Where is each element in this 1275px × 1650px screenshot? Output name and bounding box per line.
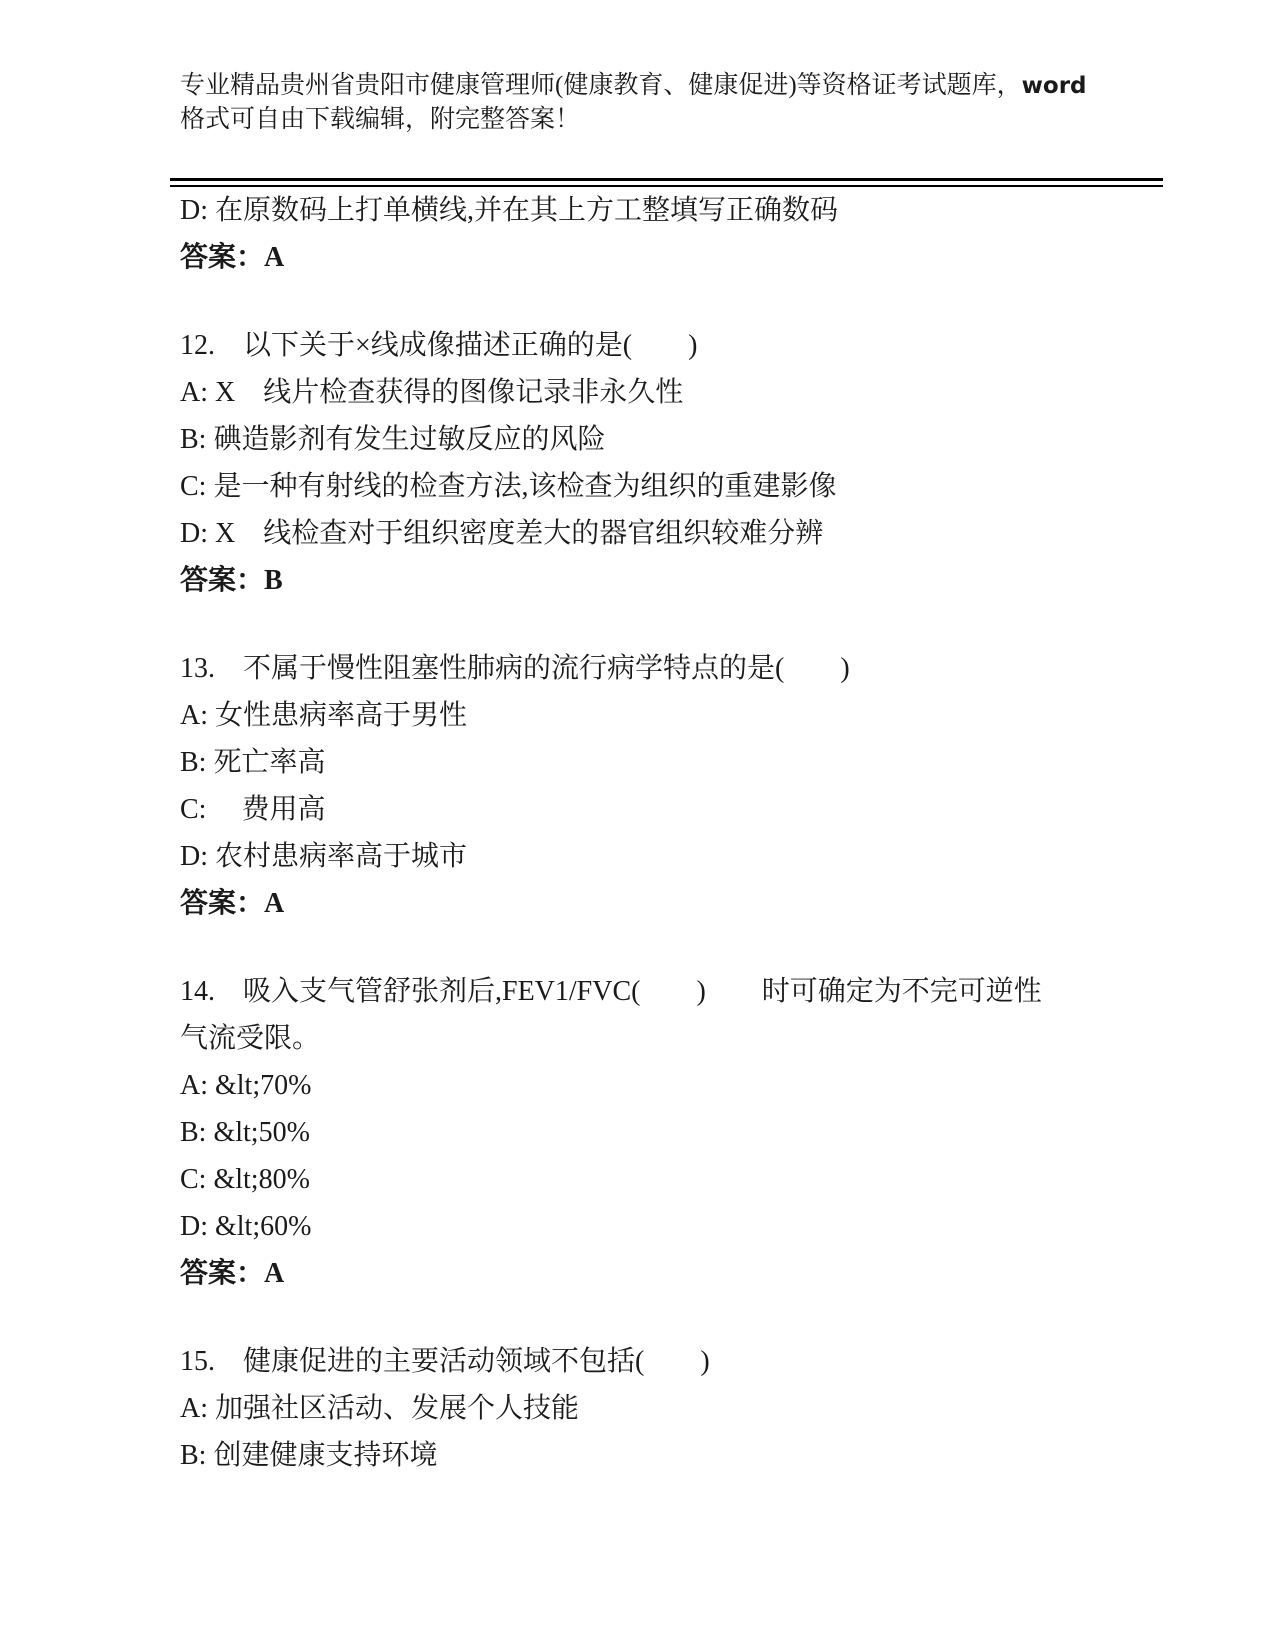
option-d: D: 农村患病率高于城市 [180,833,1110,880]
option-d: D: 在原数码上打单横线,并在其上方工整填写正确数码 [180,187,1110,234]
option-c: C: 费用高 [180,786,1110,833]
question-11-tail-block: D: 在原数码上打单横线,并在其上方工整填写正确数码 答案：A [180,187,1110,281]
option-a: A: &lt;70% [180,1062,1110,1109]
question-stem: 12. 以下关于×线成像描述正确的是( ) [180,322,1110,369]
option-c: C: &lt;80% [180,1156,1110,1203]
option-b: B: 死亡率高 [180,739,1110,786]
option-b: B: 碘造影剂有发生过敏反应的风险 [180,416,1110,463]
header-text-line-2: 格式可自由下载编辑，附完整答案！ [180,103,1095,137]
option-b: B: 创建健康支持环境 [180,1432,1110,1479]
answer-line: 答案：A [180,234,1110,281]
answer-line: 答案：A [180,880,1110,927]
document-page: 专业精品贵州省贵阳市健康管理师(健康教育、健康促进)等资格证考试题库，word … [0,0,1275,1650]
option-b: B: &lt;50% [180,1109,1110,1156]
question-stem-wrap: 气流受限。 [180,1015,1110,1062]
option-d: D: &lt;60% [180,1203,1110,1250]
header-divider-double-line [170,178,1163,187]
header-text-line-1: 专业精品贵州省贵阳市健康管理师(健康教育、健康促进)等资格证考试题库，word [180,69,1095,103]
option-a: A: 女性患病率高于男性 [180,692,1110,739]
question-stem: 14. 吸入支气管舒张剂后,FEV1/FVC( ) 时可确定为不完可逆性 [180,968,1110,1015]
document-body: D: 在原数码上打单横线,并在其上方工整填写正确数码 答案：A 12. 以下关于… [180,187,1110,1479]
question-stem: 15. 健康促进的主要活动领域不包括( ) [180,1338,1110,1385]
option-c: C: 是一种有射线的检查方法,该检查为组织的重建影像 [180,463,1110,510]
question-12-block: 12. 以下关于×线成像描述正确的是( ) A: X 线片检查获得的图像记录非永… [180,322,1110,604]
question-stem: 13. 不属于慢性阻塞性肺病的流行病学特点的是( ) [180,645,1110,692]
page-header: 专业精品贵州省贵阳市健康管理师(健康教育、健康促进)等资格证考试题库，word … [180,69,1095,137]
option-a: A: 加强社区活动、发展个人技能 [180,1385,1110,1432]
question-13-block: 13. 不属于慢性阻塞性肺病的流行病学特点的是( ) A: 女性患病率高于男性 … [180,645,1110,927]
option-a: A: X 线片检查获得的图像记录非永久性 [180,369,1110,416]
answer-line: 答案：A [180,1250,1110,1297]
question-14-block: 14. 吸入支气管舒张剂后,FEV1/FVC( ) 时可确定为不完可逆性 气流受… [180,968,1110,1297]
answer-line: 答案：B [180,557,1110,604]
option-d: D: X 线检查对于组织密度差大的器官组织较难分辨 [180,510,1110,557]
header-text-latin: word [1022,73,1087,99]
header-text-zh: 专业精品贵州省贵阳市健康管理师(健康教育、健康促进)等资格证考试题库， [180,72,1022,99]
question-15-block: 15. 健康促进的主要活动领域不包括( ) A: 加强社区活动、发展个人技能 B… [180,1338,1110,1479]
